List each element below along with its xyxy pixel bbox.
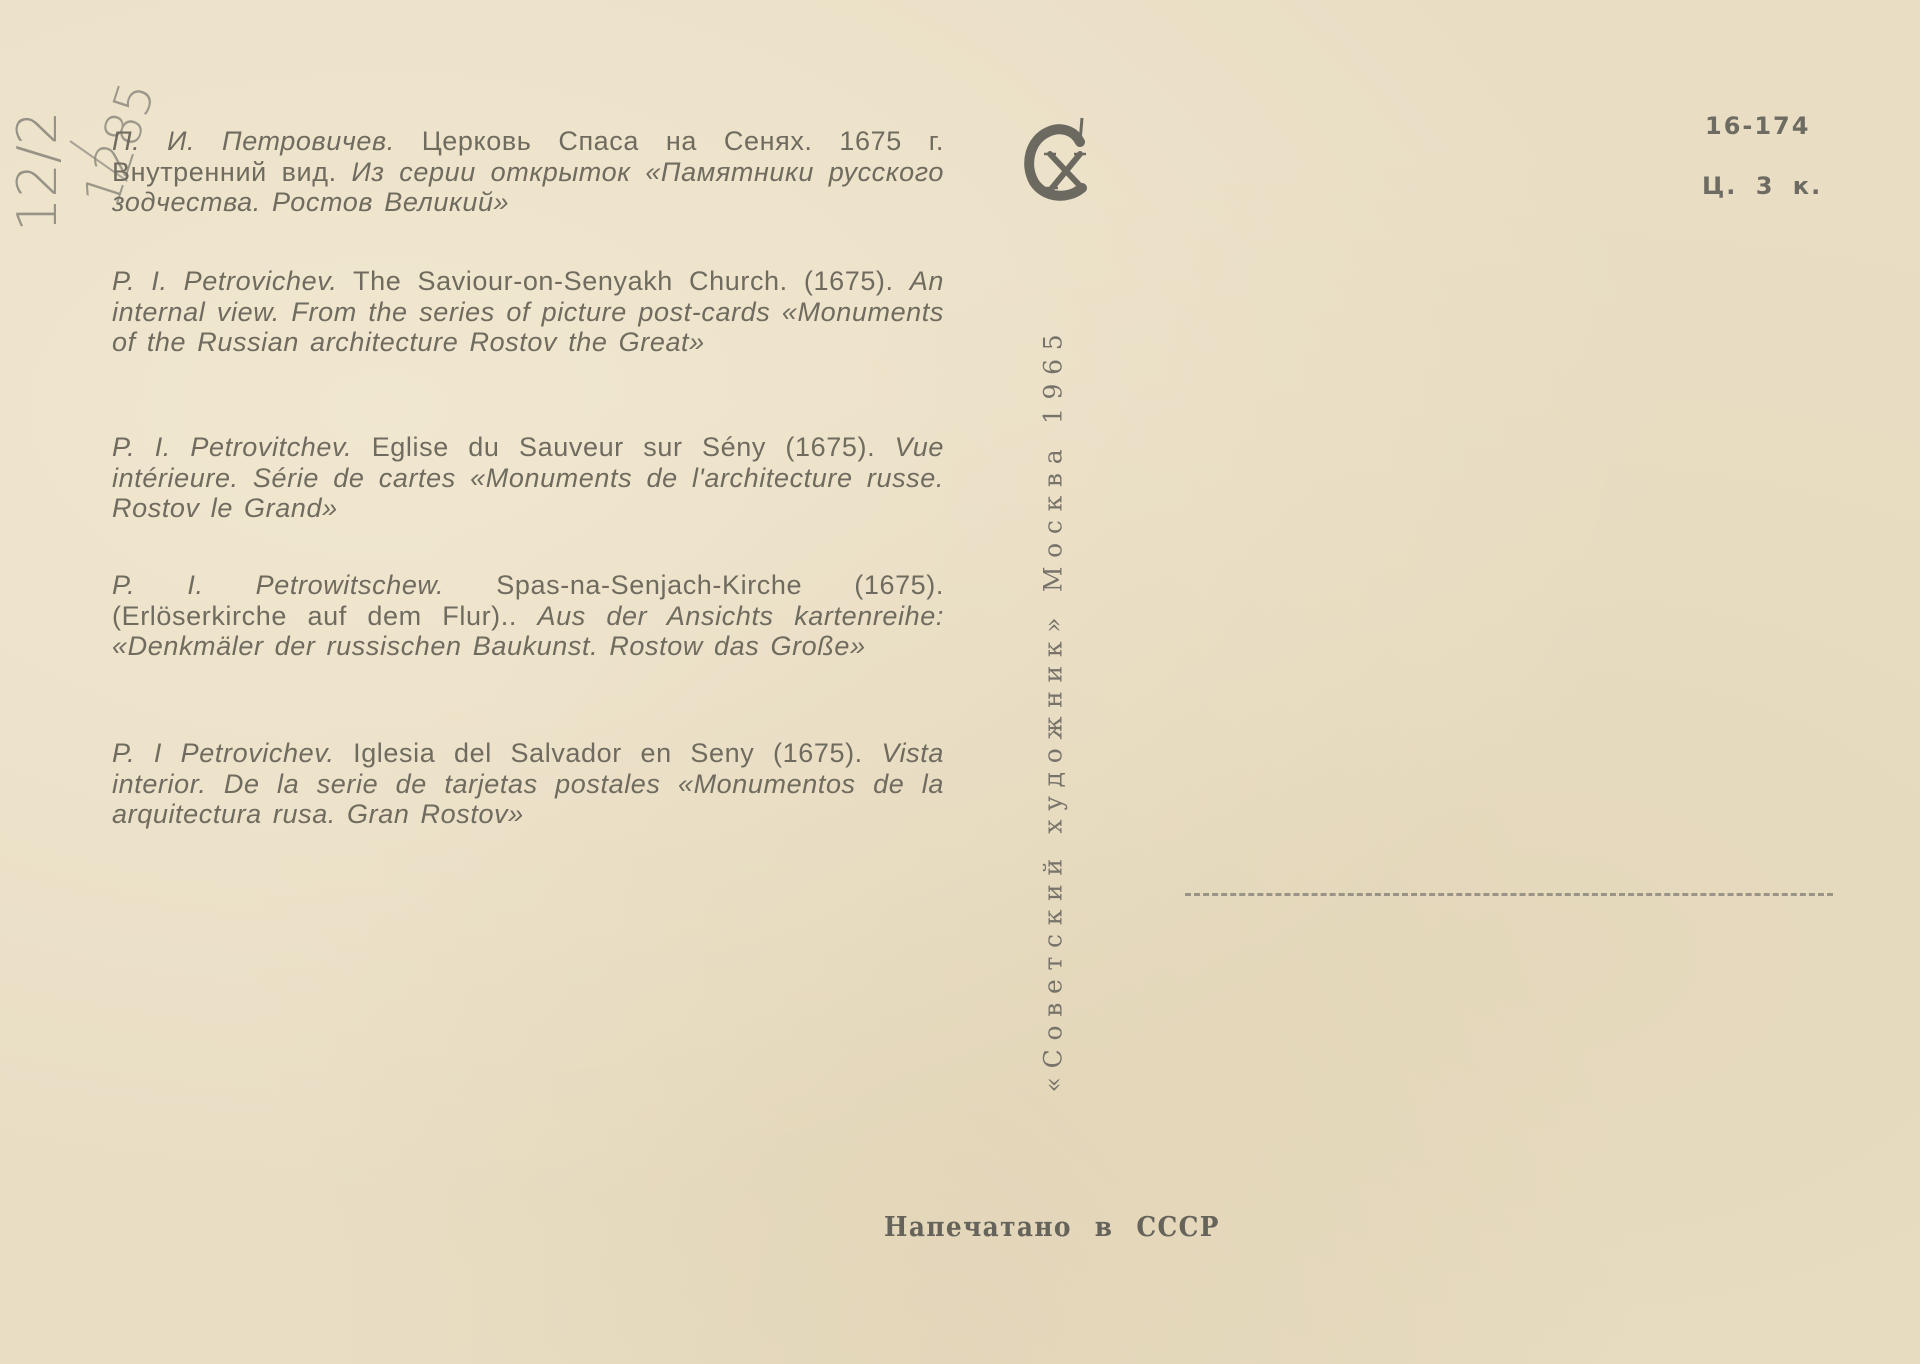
caption-title: Eglise du Sauveur sur Sény (1675). — [372, 432, 875, 462]
caption-english: P. I. Petrovichev. The Saviour-on-Senyak… — [112, 266, 944, 358]
postcard-back: 12/2 1285 П. И. Петровичев. Церковь Спас… — [0, 0, 1920, 1364]
address-line — [1185, 893, 1833, 896]
catalog-number: 16-174 — [1705, 112, 1810, 140]
printed-in-label: Напечатано в СССР — [884, 1212, 1220, 1243]
caption-author: П. И. Петровичев. — [112, 126, 395, 156]
caption-author: P. I. Petrovitchev. — [112, 432, 352, 462]
caption-title: Iglesia del Salvador en Seny (1675). — [353, 738, 863, 768]
caption-french: P. I. Petrovitchev. Eglise du Sauveur su… — [112, 432, 944, 524]
handwritten-note: 12/2 — [6, 111, 69, 232]
caption-russian: П. И. Петровичев. Церковь Спаса на Сенях… — [112, 126, 944, 218]
caption-author: P. I Petrovichev. — [112, 738, 334, 768]
price: Ц. 3 к. — [1702, 172, 1822, 200]
caption-title: The Saviour-on-Senyakh Church. (1675). — [353, 266, 894, 296]
publisher-imprint: «Советский художник» Москва 1965 — [1039, 326, 1068, 1093]
caption-spanish: P. I Petrovichev. Iglesia del Salvador e… — [112, 738, 944, 830]
publisher-logo-icon — [1016, 112, 1104, 208]
caption-series-end: Rostov le Grand» — [112, 493, 338, 523]
caption-author: P. I. Petrovichev. — [112, 266, 337, 296]
caption-author: P. I. Petrowitschew. — [112, 570, 444, 600]
caption-german: P. I. Petrowitschew. Spas-na-Senjach-Kir… — [112, 570, 944, 662]
